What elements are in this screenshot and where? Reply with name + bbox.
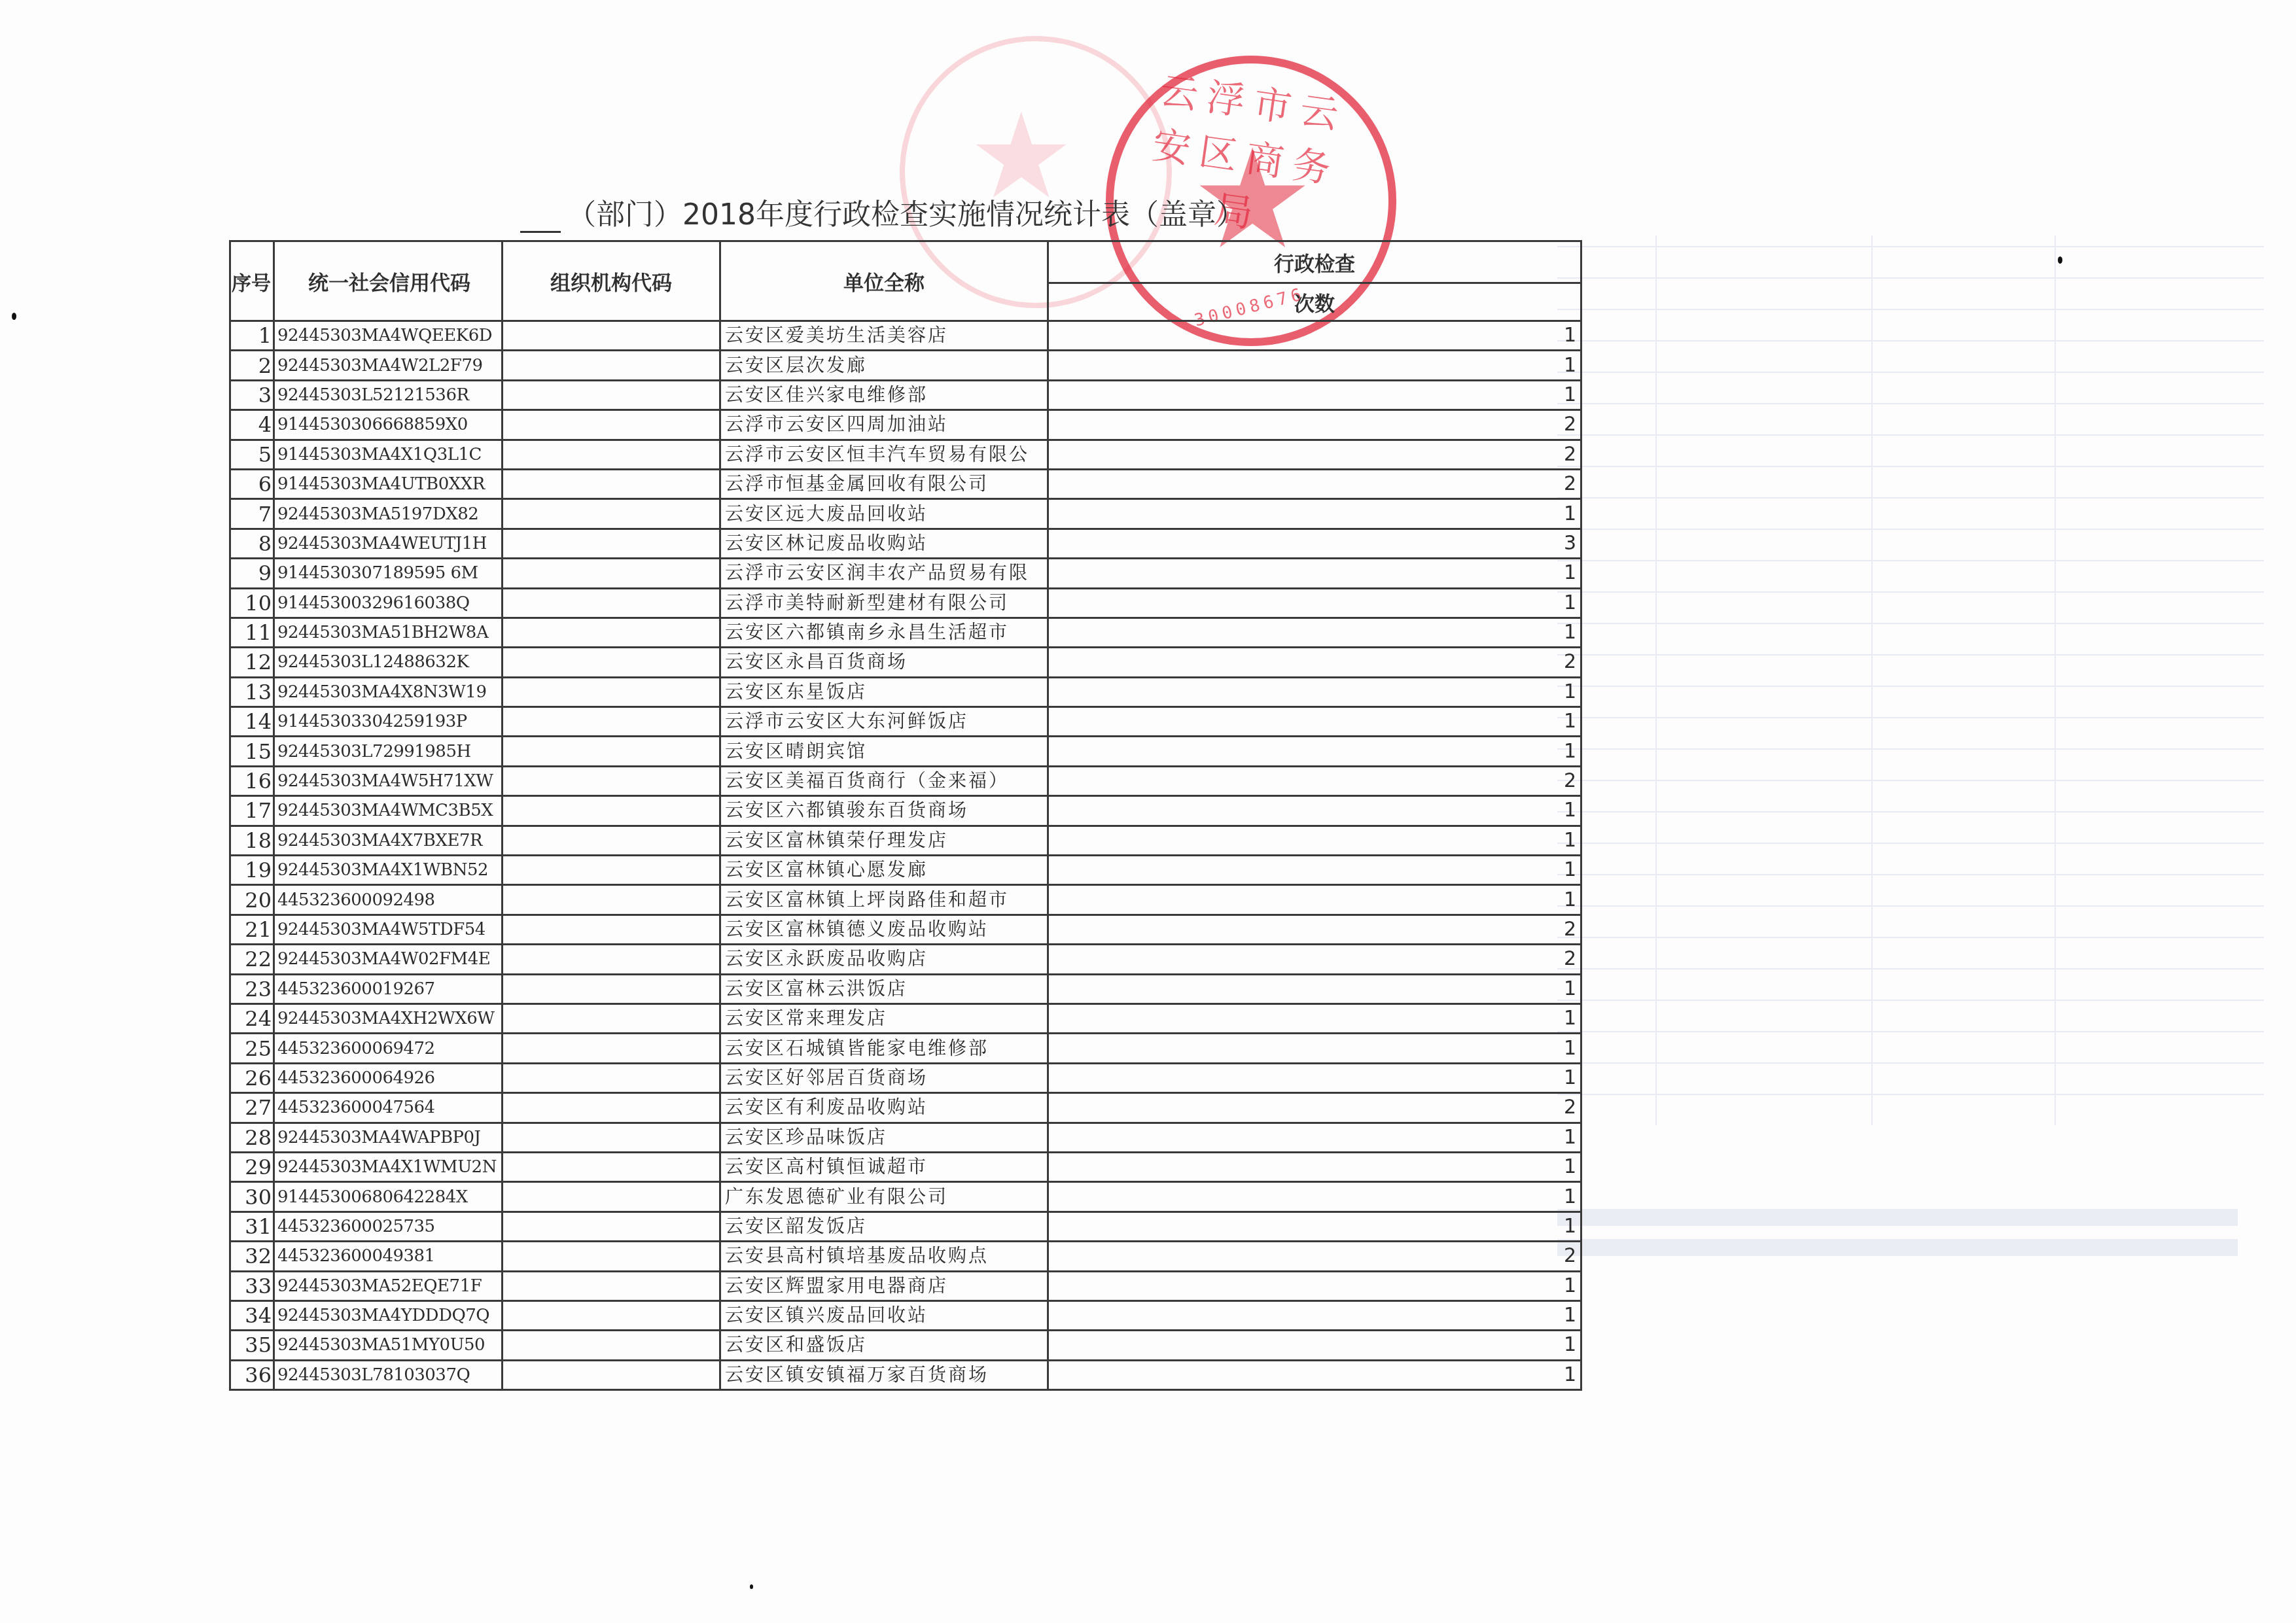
row-inspection-count: 1 bbox=[1048, 1212, 1581, 1241]
row-seq: 3 bbox=[230, 380, 274, 410]
row-credit-code: 445323600092498 bbox=[274, 885, 503, 915]
row-credit-code: 9144530306668859X0 bbox=[274, 410, 503, 440]
table-row: 292445303MA4W2L2F79云安区层次发廊1 bbox=[230, 351, 1581, 380]
row-seq: 10 bbox=[230, 588, 274, 618]
row-credit-code: 92445303MA4X1WMU2N bbox=[274, 1152, 503, 1181]
row-org-code bbox=[503, 1300, 720, 1330]
row-org-code bbox=[503, 559, 720, 588]
row-inspection-count: 1 bbox=[1048, 826, 1581, 855]
row-seq: 25 bbox=[230, 1034, 274, 1063]
row-unit-name: 广东发恩德矿业有限公司 bbox=[720, 1182, 1048, 1212]
row-credit-code: 9144530307189595 6M bbox=[274, 559, 503, 588]
table-row: 23445323600019267云安区富林云洪饭店1 bbox=[230, 974, 1581, 1003]
row-seq: 2 bbox=[230, 351, 274, 380]
row-seq: 12 bbox=[230, 648, 274, 677]
row-credit-code: 92445303MA4WMC3B5X bbox=[274, 796, 503, 826]
row-org-code bbox=[503, 945, 720, 974]
table-row: 49144530306668859X0云浮市云安区四周加油站2 bbox=[230, 410, 1581, 440]
row-credit-code: 445323600064926 bbox=[274, 1063, 503, 1092]
row-unit-name: 云安区富林镇荣仔理发店 bbox=[720, 826, 1048, 855]
table-row: 32445323600049381云安县高村镇培基废品收购点2 bbox=[230, 1242, 1581, 1271]
table-row: 192445303MA4WQEEK6D云安区爱美坊生活美容店1 bbox=[230, 321, 1581, 351]
row-inspection-count: 1 bbox=[1048, 1300, 1581, 1330]
row-credit-code: 92445303MA4YDDDQ7Q bbox=[274, 1300, 503, 1330]
row-seq: 34 bbox=[230, 1300, 274, 1330]
row-inspection-count: 1 bbox=[1048, 1063, 1581, 1092]
row-inspection-count: 1 bbox=[1048, 1123, 1581, 1152]
table-row: 1392445303MA4X8N3W19云安区东星饭店1 bbox=[230, 677, 1581, 707]
row-credit-code: 92445303L12488632K bbox=[274, 648, 503, 677]
table-row: 2192445303MA4W5TDF54云安区富林镇德义废品收购站2 bbox=[230, 915, 1581, 944]
table-row: 691445303MA4UTB0XXR云浮市恒基金属回收有限公司2 bbox=[230, 469, 1581, 498]
row-unit-name: 云浮市美特耐新型建材有限公司 bbox=[720, 588, 1048, 618]
row-unit-name: 云浮市云安区恒丰汽车贸易有限公 bbox=[720, 440, 1048, 469]
row-inspection-count: 2 bbox=[1048, 915, 1581, 944]
row-unit-name: 云浮市云安区润丰农产品贸易有限 bbox=[720, 559, 1048, 588]
row-org-code bbox=[503, 796, 720, 826]
row-seq: 11 bbox=[230, 618, 274, 647]
row-unit-name: 云安县高村镇培基废品收购点 bbox=[720, 1242, 1048, 1271]
row-org-code bbox=[503, 1242, 720, 1271]
row-unit-name: 云安区远大废品回收站 bbox=[720, 499, 1048, 529]
row-inspection-count: 2 bbox=[1048, 648, 1581, 677]
row-unit-name: 云安区和盛饭店 bbox=[720, 1331, 1048, 1360]
row-org-code bbox=[503, 529, 720, 558]
row-org-code bbox=[503, 1003, 720, 1033]
row-inspection-count: 2 bbox=[1048, 1093, 1581, 1123]
row-inspection-count: 1 bbox=[1048, 677, 1581, 707]
row-seq: 23 bbox=[230, 974, 274, 1003]
row-seq: 31 bbox=[230, 1212, 274, 1241]
row-org-code bbox=[503, 707, 720, 737]
row-org-code bbox=[503, 885, 720, 915]
row-inspection-count: 1 bbox=[1048, 974, 1581, 1003]
row-unit-name: 云安区六都镇骏东百货商场 bbox=[720, 796, 1048, 826]
row-inspection-count: 1 bbox=[1048, 1003, 1581, 1033]
table-row: 2992445303MA4X1WMU2N云安区高村镇恒诚超市1 bbox=[230, 1152, 1581, 1181]
row-inspection-count: 1 bbox=[1048, 559, 1581, 588]
row-credit-code: 91445303304259193P bbox=[274, 707, 503, 737]
row-inspection-count: 1 bbox=[1048, 1360, 1581, 1389]
row-unit-name: 云安区六都镇南乡永昌生活超市 bbox=[720, 618, 1048, 647]
table-row: 1192445303MA51BH2W8A云安区六都镇南乡永昌生活超市1 bbox=[230, 618, 1581, 647]
row-inspection-count: 1 bbox=[1048, 796, 1581, 826]
row-org-code bbox=[503, 410, 720, 440]
table-row: 27445323600047564云安区有利废品收购站2 bbox=[230, 1093, 1581, 1123]
table-row: 99144530307189595 6M云浮市云安区润丰农产品贸易有限1 bbox=[230, 559, 1581, 588]
row-unit-name: 云安区常来理发店 bbox=[720, 1003, 1048, 1033]
row-credit-code: 92445303MA4X1WBN52 bbox=[274, 856, 503, 885]
table-row: 25445323600069472云安区石城镇皆能家电维修部1 bbox=[230, 1034, 1581, 1063]
page-title: （部门）2018年度行政检查实施情况统计表（盖章） bbox=[520, 181, 1305, 233]
row-inspection-count: 1 bbox=[1048, 618, 1581, 647]
row-org-code bbox=[503, 648, 720, 677]
row-org-code bbox=[503, 499, 720, 529]
row-inspection-count: 1 bbox=[1048, 588, 1581, 618]
row-inspection-count: 1 bbox=[1048, 707, 1581, 737]
table-row: 2492445303MA4XH2WX6W云安区常来理发店1 bbox=[230, 1003, 1581, 1033]
table-row: 591445303MA4X1Q3L1C云浮市云安区恒丰汽车贸易有限公2 bbox=[230, 440, 1581, 469]
row-org-code bbox=[503, 826, 720, 855]
row-credit-code: 92445303MA51MY0U50 bbox=[274, 1331, 503, 1360]
row-org-code bbox=[503, 1034, 720, 1063]
table-row: 3592445303MA51MY0U50云安区和盛饭店1 bbox=[230, 1331, 1581, 1360]
row-seq: 1 bbox=[230, 321, 274, 351]
header-unit-name: 单位全称 bbox=[720, 241, 1048, 321]
table-row: 392445303L52121536R云安区佳兴家电维修部1 bbox=[230, 380, 1581, 410]
row-seq: 6 bbox=[230, 469, 274, 498]
row-org-code bbox=[503, 1063, 720, 1092]
table-row: 2292445303MA4W02FM4E云安区永跃废品收购店2 bbox=[230, 945, 1581, 974]
row-inspection-count: 1 bbox=[1048, 856, 1581, 885]
row-org-code bbox=[503, 1212, 720, 1241]
row-seq: 18 bbox=[230, 826, 274, 855]
row-org-code bbox=[503, 351, 720, 380]
row-unit-name: 云安区永跃废品收购店 bbox=[720, 945, 1048, 974]
row-seq: 28 bbox=[230, 1123, 274, 1152]
row-inspection-count: 2 bbox=[1048, 440, 1581, 469]
table-row: 792445303MA5197DX82云安区远大废品回收站1 bbox=[230, 499, 1581, 529]
row-inspection-count: 1 bbox=[1048, 499, 1581, 529]
row-unit-name: 云安区富林镇心愿发廊 bbox=[720, 856, 1048, 885]
row-org-code bbox=[503, 1123, 720, 1152]
row-org-code bbox=[503, 737, 720, 766]
row-org-code bbox=[503, 380, 720, 410]
row-credit-code: 91445303MA4X1Q3L1C bbox=[274, 440, 503, 469]
table-row: 31445323600025735云安区韶发饭店1 bbox=[230, 1212, 1581, 1241]
row-org-code bbox=[503, 766, 720, 795]
row-org-code bbox=[503, 440, 720, 469]
row-seq: 8 bbox=[230, 529, 274, 558]
row-unit-name: 云安区佳兴家电维修部 bbox=[720, 380, 1048, 410]
row-seq: 19 bbox=[230, 856, 274, 885]
row-credit-code: 92445303MA52EQE71F bbox=[274, 1271, 503, 1300]
row-unit-name: 云浮市恒基金属回收有限公司 bbox=[720, 469, 1048, 498]
row-credit-code: 91445303MA4UTB0XXR bbox=[274, 469, 503, 498]
scan-speck bbox=[2058, 256, 2062, 264]
row-inspection-count: 1 bbox=[1048, 1331, 1581, 1360]
row-unit-name: 云安区爱美坊生活美容店 bbox=[720, 321, 1048, 351]
row-credit-code: 92445303MA4W5TDF54 bbox=[274, 915, 503, 944]
row-seq: 13 bbox=[230, 677, 274, 707]
table-row: 20445323600092498云安区富林镇上坪岗路佳和超市1 bbox=[230, 885, 1581, 915]
row-unit-name: 云安区美福百货商行（金来福） bbox=[720, 766, 1048, 795]
row-inspection-count: 2 bbox=[1048, 766, 1581, 795]
table-row: 1892445303MA4X7BXE7R云安区富林镇荣仔理发店1 bbox=[230, 826, 1581, 855]
table-row: 3492445303MA4YDDDQ7Q云安区镇兴废品回收站1 bbox=[230, 1300, 1581, 1330]
row-seq: 26 bbox=[230, 1063, 274, 1092]
row-unit-name: 云安区高村镇恒诚超市 bbox=[720, 1152, 1048, 1181]
row-inspection-count: 2 bbox=[1048, 1242, 1581, 1271]
row-credit-code: 445323600047564 bbox=[274, 1093, 503, 1123]
row-seq: 32 bbox=[230, 1242, 274, 1271]
row-seq: 24 bbox=[230, 1003, 274, 1033]
row-inspection-count: 1 bbox=[1048, 1182, 1581, 1212]
row-unit-name: 云安区富林镇德义废品收购站 bbox=[720, 915, 1048, 944]
row-unit-name: 云浮市云安区大东河鲜饭店 bbox=[720, 707, 1048, 737]
row-credit-code: 92445303MA4WQEEK6D bbox=[274, 321, 503, 351]
row-credit-code: 92445303MA51BH2W8A bbox=[274, 618, 503, 647]
row-seq: 9 bbox=[230, 559, 274, 588]
row-credit-code: 92445303L78103037Q bbox=[274, 1360, 503, 1389]
row-unit-name: 云安区石城镇皆能家电维修部 bbox=[720, 1034, 1048, 1063]
row-unit-name: 云安区东星饭店 bbox=[720, 677, 1048, 707]
scan-speck bbox=[750, 1584, 753, 1589]
header-inspection: 行政检查 bbox=[1048, 241, 1581, 283]
row-credit-code: 92445303MA4WEUTJ1H bbox=[274, 529, 503, 558]
row-unit-name: 云安区富林镇上坪岗路佳和超市 bbox=[720, 885, 1048, 915]
reverse-side-bleed-through bbox=[1557, 236, 2264, 1125]
row-unit-name: 云安区镇安镇福万家百货商场 bbox=[720, 1360, 1048, 1389]
row-unit-name: 云浮市云安区四周加油站 bbox=[720, 410, 1048, 440]
row-inspection-count: 1 bbox=[1048, 351, 1581, 380]
row-credit-code: 445323600019267 bbox=[274, 974, 503, 1003]
row-unit-name: 云安区辉盟家用电器商店 bbox=[720, 1271, 1048, 1300]
row-org-code bbox=[503, 469, 720, 498]
row-unit-name: 云安区韶发饭店 bbox=[720, 1212, 1048, 1241]
row-seq: 22 bbox=[230, 945, 274, 974]
row-unit-name: 云安区林记废品收购站 bbox=[720, 529, 1048, 558]
row-seq: 5 bbox=[230, 440, 274, 469]
table-row: 1491445303304259193P云浮市云安区大东河鲜饭店1 bbox=[230, 707, 1581, 737]
row-credit-code: 92445303MA4XH2WX6W bbox=[274, 1003, 503, 1033]
inspection-statistics-table: 序号 统一社会信用代码 组织机构代码 单位全称 行政检查 次数 19244530… bbox=[229, 240, 1582, 1391]
row-seq: 20 bbox=[230, 885, 274, 915]
row-inspection-count: 3 bbox=[1048, 529, 1581, 558]
row-inspection-count: 1 bbox=[1048, 1271, 1581, 1300]
row-seq: 36 bbox=[230, 1360, 274, 1389]
row-org-code bbox=[503, 1152, 720, 1181]
row-seq: 16 bbox=[230, 766, 274, 795]
row-unit-name: 云安区有利废品收购站 bbox=[720, 1093, 1048, 1123]
row-credit-code: 92445303MA5197DX82 bbox=[274, 499, 503, 529]
row-unit-name: 云安区珍品味饭店 bbox=[720, 1123, 1048, 1152]
header-credit-code: 统一社会信用代码 bbox=[274, 241, 503, 321]
row-credit-code: 92445303MA4W5H71XW bbox=[274, 766, 503, 795]
row-credit-code: 91445300680642284X bbox=[274, 1182, 503, 1212]
row-seq: 30 bbox=[230, 1182, 274, 1212]
page-title-text: （部门）2018年度行政检查实施情况统计表（盖章） bbox=[567, 191, 1245, 233]
row-credit-code: 445323600025735 bbox=[274, 1212, 503, 1241]
header-seq: 序号 bbox=[230, 241, 274, 321]
row-credit-code: 445323600049381 bbox=[274, 1242, 503, 1271]
row-credit-code: 92445303MA4X8N3W19 bbox=[274, 677, 503, 707]
row-inspection-count: 2 bbox=[1048, 469, 1581, 498]
row-inspection-count: 2 bbox=[1048, 410, 1581, 440]
table-row: 1692445303MA4W5H71XW云安区美福百货商行（金来福）2 bbox=[230, 766, 1581, 795]
header-org-code: 组织机构代码 bbox=[503, 241, 720, 321]
table-row: 1292445303L12488632K云安区永昌百货商场2 bbox=[230, 648, 1581, 677]
row-org-code bbox=[503, 618, 720, 647]
row-org-code bbox=[503, 1271, 720, 1300]
row-org-code bbox=[503, 1093, 720, 1123]
row-org-code bbox=[503, 321, 720, 351]
row-unit-name: 云安区层次发廊 bbox=[720, 351, 1048, 380]
table-row: 1592445303L72991985H云安区晴朗宾馆1 bbox=[230, 737, 1581, 766]
row-inspection-count: 1 bbox=[1048, 1034, 1581, 1063]
table-row: 26445323600064926云安区好邻居百货商场1 bbox=[230, 1063, 1581, 1092]
row-seq: 35 bbox=[230, 1331, 274, 1360]
row-inspection-count: 1 bbox=[1048, 737, 1581, 766]
row-unit-name: 云安区镇兴废品回收站 bbox=[720, 1300, 1048, 1330]
table-row: 3692445303L78103037Q云安区镇安镇福万家百货商场1 bbox=[230, 1360, 1581, 1389]
row-org-code bbox=[503, 915, 720, 944]
table-body: 192445303MA4WQEEK6D云安区爱美坊生活美容店1292445303… bbox=[230, 321, 1581, 1390]
row-credit-code: 445323600069472 bbox=[274, 1034, 503, 1063]
reverse-side-notes-bleed-through bbox=[1557, 1197, 2238, 1269]
table-header-row: 序号 统一社会信用代码 组织机构代码 单位全称 行政检查 bbox=[230, 241, 1581, 283]
row-credit-code: 92445303MA4W02FM4E bbox=[274, 945, 503, 974]
row-inspection-count: 2 bbox=[1048, 945, 1581, 974]
row-credit-code: 92445303MA4X7BXE7R bbox=[274, 826, 503, 855]
row-seq: 4 bbox=[230, 410, 274, 440]
row-org-code bbox=[503, 1360, 720, 1389]
row-unit-name: 云安区永昌百货商场 bbox=[720, 648, 1048, 677]
row-org-code bbox=[503, 588, 720, 618]
table-row: 3392445303MA52EQE71F云安区辉盟家用电器商店1 bbox=[230, 1271, 1581, 1300]
row-unit-name: 云安区好邻居百货商场 bbox=[720, 1063, 1048, 1092]
row-inspection-count: 1 bbox=[1048, 885, 1581, 915]
table-row: 1792445303MA4WMC3B5X云安区六都镇骏东百货商场1 bbox=[230, 796, 1581, 826]
row-credit-code: 92445303L52121536R bbox=[274, 380, 503, 410]
row-unit-name: 云安区晴朗宾馆 bbox=[720, 737, 1048, 766]
row-credit-code: 92445303L72991985H bbox=[274, 737, 503, 766]
row-credit-code: 92445303MA4WAPBP0J bbox=[274, 1123, 503, 1152]
row-org-code bbox=[503, 1331, 720, 1360]
row-org-code bbox=[503, 677, 720, 707]
row-org-code bbox=[503, 1182, 720, 1212]
row-seq: 29 bbox=[230, 1152, 274, 1181]
table-row: 2892445303MA4WAPBP0J云安区珍品味饭店1 bbox=[230, 1123, 1581, 1152]
row-unit-name: 云安区富林云洪饭店 bbox=[720, 974, 1048, 1003]
table-row: 892445303MA4WEUTJ1H云安区林记废品收购站3 bbox=[230, 529, 1581, 558]
row-org-code bbox=[503, 974, 720, 1003]
row-seq: 15 bbox=[230, 737, 274, 766]
row-inspection-count: 1 bbox=[1048, 380, 1581, 410]
row-inspection-count: 1 bbox=[1048, 321, 1581, 351]
row-inspection-count: 1 bbox=[1048, 1152, 1581, 1181]
row-seq: 14 bbox=[230, 707, 274, 737]
row-seq: 21 bbox=[230, 915, 274, 944]
row-seq: 27 bbox=[230, 1093, 274, 1123]
row-seq: 17 bbox=[230, 796, 274, 826]
table-row: 3091445300680642284X广东发恩德矿业有限公司1 bbox=[230, 1182, 1581, 1212]
row-seq: 33 bbox=[230, 1271, 274, 1300]
scan-speck bbox=[12, 313, 16, 320]
table-row: 1091445300329616038Q云浮市美特耐新型建材有限公司1 bbox=[230, 588, 1581, 618]
header-inspection-count: 次数 bbox=[1048, 283, 1581, 321]
table-row: 1992445303MA4X1WBN52云安区富林镇心愿发廊1 bbox=[230, 856, 1581, 885]
row-org-code bbox=[503, 856, 720, 885]
row-credit-code: 92445303MA4W2L2F79 bbox=[274, 351, 503, 380]
department-blank bbox=[520, 230, 561, 233]
row-seq: 7 bbox=[230, 499, 274, 529]
row-credit-code: 91445300329616038Q bbox=[274, 588, 503, 618]
